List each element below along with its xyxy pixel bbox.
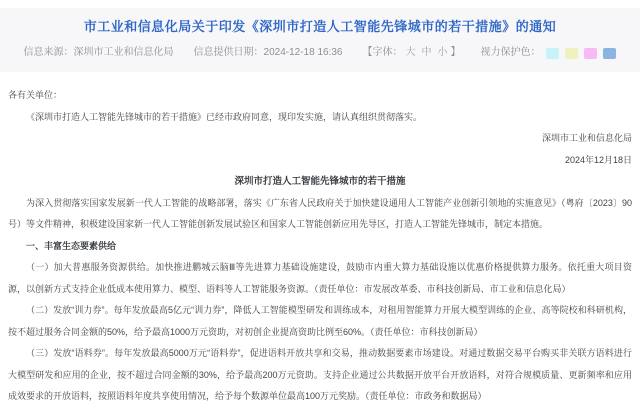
notice-body: 《深圳市打造人工智能先锋城市的若干措施》已经市政府同意，现印发实施，请认真组织贯… (8, 107, 632, 129)
eye-color-swatch-blue[interactable] (603, 48, 616, 59)
intro-paragraph: 为深入贯彻落实国家发展新一代人工智能的战略部署，落实《广东省人民政府关于加快建设… (8, 193, 632, 236)
info-source: 信息来源： 深圳市工业和信息化局 (24, 46, 174, 60)
measure-item-2: （二）发放“训力券”。每年发放最高5亿元“训力券”，降低人工智能模型研发和训练成… (8, 300, 632, 343)
info-date-label: 信息提供日期： (194, 46, 264, 60)
font-size-large-button[interactable]: 大 (405, 46, 415, 60)
font-size-control: 【字体： 大 中 小 】 (362, 46, 460, 60)
font-size-small-button[interactable]: 小 (437, 46, 447, 60)
eye-color-swatch-pink[interactable] (584, 48, 597, 59)
info-date-value: 2024-12-18 16:36 (264, 46, 343, 60)
measure-item-1: （一）加大普惠服务资源供给。加快推进鹏城云脑Ⅲ等先进算力基础设施建设，鼓励市内重… (8, 257, 632, 300)
meta-bar: 信息来源： 深圳市工业和信息化局 信息提供日期： 2024-12-18 16:3… (0, 46, 640, 60)
info-source-value: 深圳市工业和信息化局 (74, 46, 174, 60)
sign-date: 2024年12月18日 (8, 150, 632, 172)
info-source-label: 信息来源： (24, 46, 74, 60)
font-size-medium-button[interactable]: 中 (421, 46, 431, 60)
eye-color-swatch-yellow[interactable] (565, 48, 578, 59)
signature: 深圳市工业和信息化局 (8, 128, 632, 150)
document-body: 各有关单位： 《深圳市打造人工智能先锋城市的若干措施》已经市政府同意，现印发实施… (0, 72, 640, 408)
eye-color-swatch-cyan[interactable] (546, 48, 559, 59)
eye-protect-control: 视力保护色： (480, 46, 616, 60)
salutation: 各有关单位： (8, 85, 632, 107)
page-title: 市工业和信息化局关于印发《深圳市打造人工智能先锋城市的若干措施》的通知 (0, 17, 640, 37)
font-bracket-open: 【字体： (362, 46, 402, 60)
page-header: 市工业和信息化局关于印发《深圳市打造人工智能先锋城市的若干措施》的通知 信息来源… (0, 8, 640, 72)
section-1-heading: 一、丰富生态要素供给 (8, 236, 632, 258)
attachment-title: 深圳市打造人工智能先锋城市的若干措施 (8, 171, 632, 193)
font-bracket-close: 】 (450, 46, 460, 60)
measure-item-3: （三）发放“语料券”。每年发放最高5000万元“语料券”，促进语料开放共享和交易… (8, 343, 632, 408)
info-date: 信息提供日期： 2024-12-18 16:36 (194, 46, 343, 60)
eye-protect-label: 视力保护色： (480, 46, 540, 60)
